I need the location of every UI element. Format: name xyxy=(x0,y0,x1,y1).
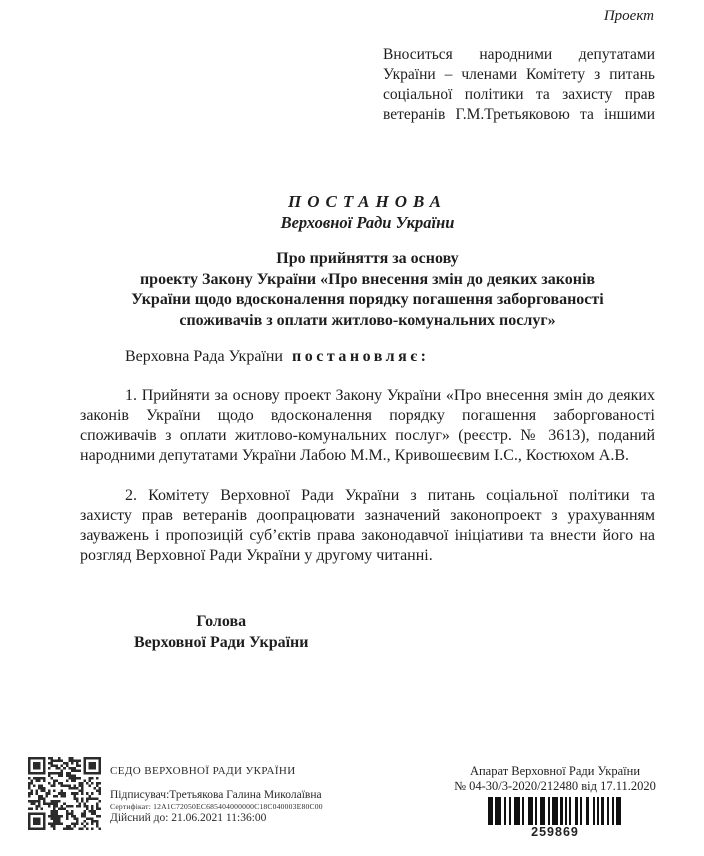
registration-block: Апарат Верховної Ради України № 04-30/3-… xyxy=(450,764,660,840)
intro-line: Вноситься народними депутатами xyxy=(383,45,655,65)
issuing-body: Верховної Ради України xyxy=(80,213,655,232)
enacting-prefix: Верховна Рада України xyxy=(125,348,283,365)
draft-label: Проект xyxy=(604,8,654,25)
registration-number: № 04-30/3-2020/212480 від 17.11.2020 xyxy=(450,779,660,794)
footer: СЕДО ВЕРХОВНОЇ РАДИ УКРАЇНИ Підписувач:Т… xyxy=(0,754,704,856)
document-heading: ПОСТАНОВА Верховної Ради України xyxy=(80,192,655,232)
paragraph-line: 1. Прийняти за основу проект Закону Укра… xyxy=(80,386,655,406)
paragraph-line: народними депутатами України Лабою М.М.,… xyxy=(80,446,655,466)
paragraph-line: законів України щодо вдосконалення поряд… xyxy=(80,406,655,426)
sedo-system-label: СЕДО ВЕРХОВНОЇ РАДИ УКРАЇНИ xyxy=(110,765,323,777)
intro-line: ветеранів Г.М.Третьяковою та іншими xyxy=(383,105,655,125)
digital-signature-stamp: СЕДО ВЕРХОВНОЇ РАДИ УКРАЇНИ Підписувач:Т… xyxy=(110,765,323,824)
paragraph-2: 2. Комітету Верховної Ради України з пит… xyxy=(80,486,655,566)
signatory-position: Голова xyxy=(134,611,308,632)
paragraph-line: розгляд Верховної Ради України у другому… xyxy=(80,546,655,566)
title-line: Про прийняття за основу xyxy=(80,249,655,270)
qr-code xyxy=(28,757,101,830)
document-title: Про прийняття за основу проекту Закону У… xyxy=(80,249,655,331)
title-line: проекту Закону України «Про внесення змі… xyxy=(80,270,655,291)
signatory-block: Голова Верховної Ради України xyxy=(134,611,308,653)
certificate-number: Сертифікат: 12A1C72050EC685404000000C18C… xyxy=(110,802,323,811)
signer-name: Підписувач:Третьякова Галина Миколаївна xyxy=(110,789,323,801)
submitted-by-block: Вноситься народними депутатами України –… xyxy=(383,45,655,125)
intro-line: соціальної політики та захисту прав xyxy=(383,85,655,105)
signatory-org: Верховної Ради України xyxy=(134,632,308,653)
title-line: України щодо вдосконалення порядку погаш… xyxy=(80,290,655,311)
document-type: ПОСТАНОВА xyxy=(80,192,655,212)
intro-line: України – членами Комітету з питань xyxy=(383,65,655,85)
document-page: Проект Вноситься народними депутатами Ук… xyxy=(0,0,704,856)
validity-date: Дійсний до: 21.06.2021 11:36:00 xyxy=(110,812,323,824)
paragraph-line: споживачів з оплати житлово-комунальних … xyxy=(80,426,655,446)
paragraph-1: 1. Прийняти за основу проект Закону Укра… xyxy=(80,386,655,466)
paragraph-line: захисту прав ветеранів доопрацювати зазн… xyxy=(80,506,655,526)
barcode xyxy=(485,797,625,825)
barcode-number: 259869 xyxy=(450,825,660,840)
paragraph-line: 2. Комітету Верховної Ради України з пит… xyxy=(80,486,655,506)
registration-office: Апарат Верховної Ради України xyxy=(450,764,660,779)
paragraph-line: зауважень і пропозицій суб’єктів права з… xyxy=(80,526,655,546)
enacting-verb: постановляє: xyxy=(292,348,430,365)
enacting-clause: Верховна Рада Українипостановляє: xyxy=(80,348,655,366)
title-line: споживачів з оплати житлово-комунальних … xyxy=(80,311,655,332)
